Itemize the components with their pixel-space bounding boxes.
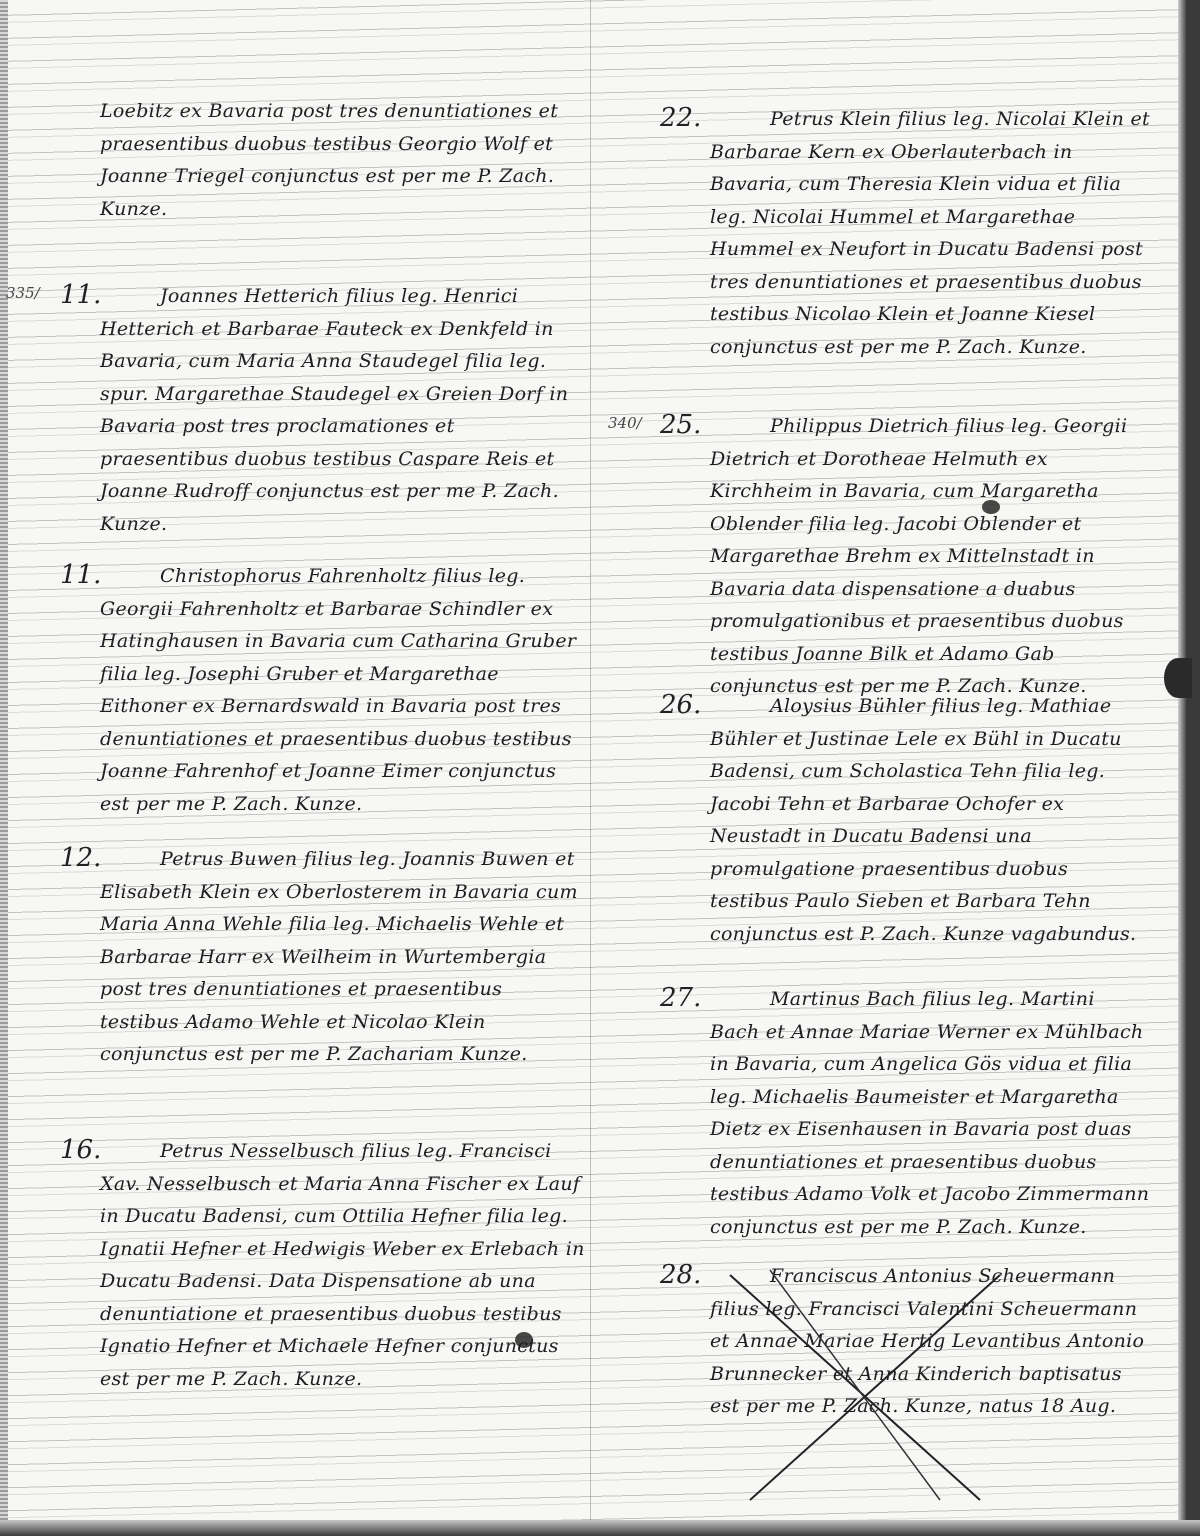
- entry-text: Philippus Dietrich filius leg. Georgii D…: [710, 410, 1150, 703]
- entry-text: Petrus Nesselbusch filius leg. Francisci…: [100, 1135, 585, 1395]
- page-tear-mark: [1164, 658, 1192, 698]
- continued-entry: Loebitz ex Bavaria post tres denuntiatio…: [30, 95, 585, 225]
- entry-text: Aloysius Bühler filius leg. Mathiae Bühl…: [710, 690, 1150, 950]
- entry-number: 12.: [60, 843, 101, 873]
- entry-number: 27.: [660, 983, 701, 1013]
- scan-right-edge: [1178, 0, 1200, 1536]
- entry-number: 25.: [660, 410, 701, 440]
- marriage-entry: 11. Christophorus Fahrenholtz filius leg…: [30, 560, 585, 820]
- scan-bottom-edge: [0, 1520, 1200, 1536]
- marriage-entry: 27. Martinus Bach filius leg. Martini Ba…: [640, 983, 1150, 1243]
- entry-number: 26.: [660, 690, 701, 720]
- entry-text: Petrus Buwen filius leg. Joannis Buwen e…: [100, 843, 585, 1071]
- entry-text: Petrus Klein filius leg. Nicolai Klein e…: [710, 103, 1150, 363]
- entry-text: Loebitz ex Bavaria post tres denuntiatio…: [100, 95, 585, 225]
- entry-number: 22.: [660, 103, 701, 133]
- entry-text: Joannes Hetterich filius leg. Henrici He…: [100, 280, 585, 540]
- entry-text: Christophorus Fahrenholtz filius leg. Ge…: [100, 560, 585, 820]
- entry-number: 28.: [660, 1260, 701, 1290]
- marriage-entry: 335/ 11. Joannes Hetterich filius leg. H…: [30, 280, 585, 540]
- marriage-entry: 340/ 25. Philippus Dietrich filius leg. …: [640, 410, 1150, 703]
- page-fold-line: [590, 0, 591, 1536]
- margin-note: 335/: [6, 284, 40, 302]
- strike-through-cross-icon: [710, 1265, 1010, 1505]
- entry-number: 11.: [60, 560, 101, 590]
- marriage-entry: 22. Petrus Klein filius leg. Nicolai Kle…: [640, 103, 1150, 363]
- ink-blot: [515, 1332, 533, 1348]
- entry-text: Martinus Bach filius leg. Martini Bach e…: [710, 983, 1150, 1243]
- scan-left-edge: [0, 0, 8, 1536]
- ink-blot: [982, 500, 1000, 514]
- entry-number: 11.: [60, 280, 101, 310]
- marriage-entry: 26. Aloysius Bühler filius leg. Mathiae …: [640, 690, 1150, 950]
- marriage-entry: 12. Petrus Buwen filius leg. Joannis Buw…: [30, 843, 585, 1071]
- margin-note: 340/: [608, 414, 642, 432]
- marriage-entry: 16. Petrus Nesselbusch filius leg. Franc…: [30, 1135, 585, 1395]
- entry-number: 16.: [60, 1135, 101, 1165]
